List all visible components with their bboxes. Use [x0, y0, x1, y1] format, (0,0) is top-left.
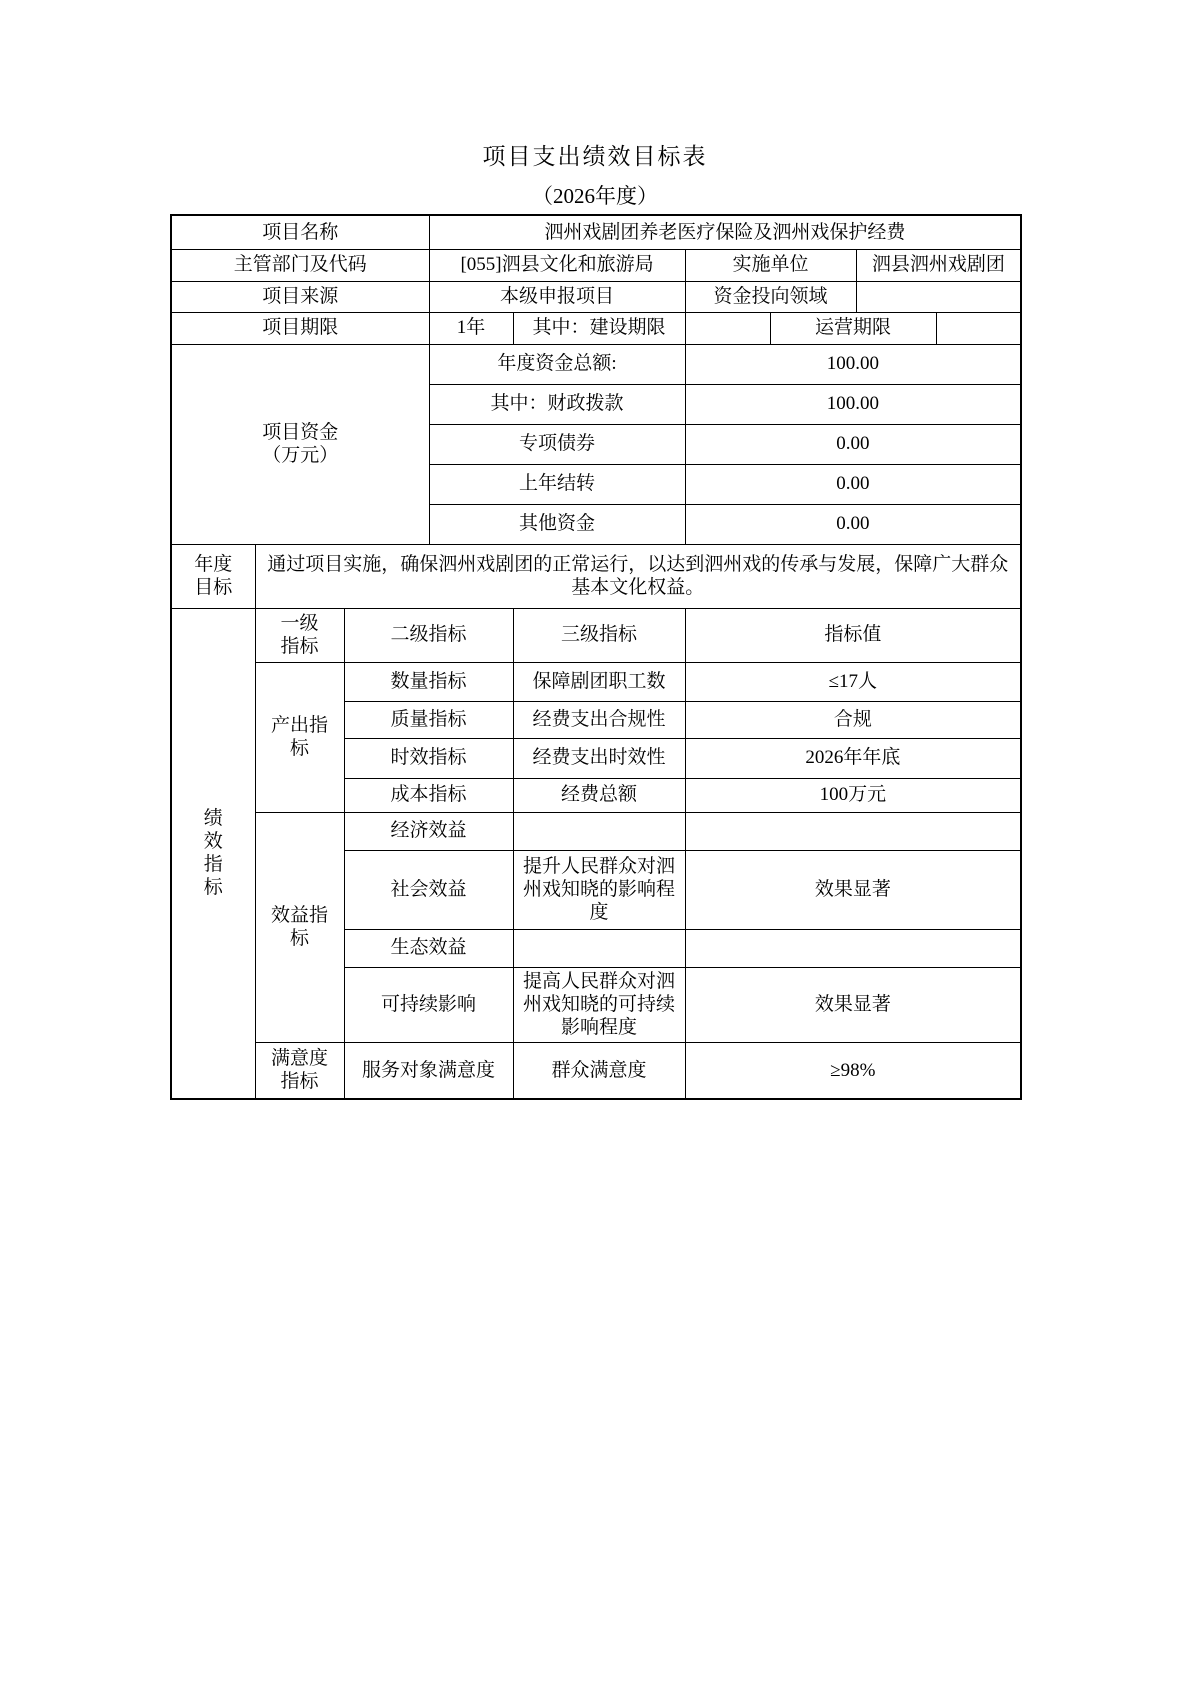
table-row: 绩 效 指 标 一级 指标 二级指标 三级指标 指标值 [171, 608, 1021, 662]
indicator-l2: 可持续影响 [344, 967, 513, 1042]
project-name-value: 泗州戏剧团养老医疗保险及泗州戏保护经费 [429, 215, 1021, 249]
table-row: 满意度 指标 服务对象满意度 群众满意度 ≥98% [171, 1042, 1021, 1099]
indicator-l2: 社会效益 [344, 850, 513, 929]
indicator-value: 效果显著 [685, 850, 1021, 929]
operate-period-label: 运营期限 [770, 312, 936, 344]
project-name-label: 项目名称 [171, 215, 429, 249]
indicator-l3 [513, 929, 685, 967]
header-l3: 三级指标 [513, 608, 685, 662]
impl-unit-value: 泗县泗州戏剧团 [856, 249, 1021, 281]
indicator-value [685, 929, 1021, 967]
funding-row-value: 0.00 [685, 504, 1021, 544]
funding-row-label: 其中：财政拨款 [429, 384, 685, 424]
indicator-l3: 经费支出合规性 [513, 701, 685, 738]
funding-row-label: 年度资金总额: [429, 344, 685, 384]
indicator-l2: 质量指标 [344, 701, 513, 738]
funding-row-value: 100.00 [685, 344, 1021, 384]
indicator-value: ≤17人 [685, 662, 1021, 701]
indicator-l3: 经费总额 [513, 778, 685, 812]
invest-field-label: 资金投向领域 [685, 281, 856, 312]
table-row: 项目来源 本级申报项目 资金投向领域 [171, 281, 1021, 312]
header-l2: 二级指标 [344, 608, 513, 662]
table-row: 项目期限 1年 其中：建设期限 运营期限 [171, 312, 1021, 344]
table-row: 年度 目标 通过项目实施，确保泗州戏剧团的正常运行，以达到泗州戏的传承与发展，保… [171, 544, 1021, 608]
invest-field-value [856, 281, 1021, 312]
table-row: 项目名称 泗州戏剧团养老医疗保险及泗州戏保护经费 [171, 215, 1021, 249]
funding-row-value: 0.00 [685, 424, 1021, 464]
header-value: 指标值 [685, 608, 1021, 662]
group-name-benefit: 效益指 标 [255, 812, 344, 1042]
indicator-l2: 成本指标 [344, 778, 513, 812]
indicator-l3 [513, 812, 685, 850]
indicator-value: ≥98% [685, 1042, 1021, 1099]
table-row: 效益指 标 经济效益 [171, 812, 1021, 850]
table-row: 主管部门及代码 [055]泗县文化和旅游局 实施单位 泗县泗州戏剧团 [171, 249, 1021, 281]
funding-row-label: 专项债券 [429, 424, 685, 464]
dept-value: [055]泗县文化和旅游局 [429, 249, 685, 281]
group-name-satisfaction: 满意度 指标 [255, 1042, 344, 1099]
indicator-l3: 经费支出时效性 [513, 738, 685, 778]
period-value: 1年 [429, 312, 513, 344]
build-period-value [685, 312, 770, 344]
indicator-l2: 生态效益 [344, 929, 513, 967]
funding-label: 项目资金 （万元） [171, 344, 429, 544]
table-row: 产出指 标 数量指标 保障剧团职工数 ≤17人 [171, 662, 1021, 701]
indicator-value: 100万元 [685, 778, 1021, 812]
period-label: 项目期限 [171, 312, 429, 344]
indicator-l2: 时效指标 [344, 738, 513, 778]
page-title: 项目支出绩效目标表 [0, 138, 1190, 171]
funding-row-value: 0.00 [685, 464, 1021, 504]
indicator-l2: 服务对象满意度 [344, 1042, 513, 1099]
funding-row-label: 上年结转 [429, 464, 685, 504]
performance-label: 绩 效 指 标 [171, 608, 255, 1099]
indicator-l2: 经济效益 [344, 812, 513, 850]
dept-label: 主管部门及代码 [171, 249, 429, 281]
indicator-value: 效果显著 [685, 967, 1021, 1042]
source-label: 项目来源 [171, 281, 429, 312]
operate-period-value [936, 312, 1021, 344]
build-period-label: 其中：建设期限 [513, 312, 685, 344]
annual-goal-label: 年度 目标 [171, 544, 255, 608]
header-l1: 一级 指标 [255, 608, 344, 662]
funding-row-label: 其他资金 [429, 504, 685, 544]
indicator-l3: 保障剧团职工数 [513, 662, 685, 701]
indicator-value [685, 812, 1021, 850]
indicator-l3: 群众满意度 [513, 1042, 685, 1099]
indicator-l2: 数量指标 [344, 662, 513, 701]
indicator-l3: 提高人民群众对泗州戏知晓的可持续影响程度 [513, 967, 685, 1042]
impl-unit-label: 实施单位 [685, 249, 856, 281]
group-name-output: 产出指 标 [255, 662, 344, 812]
source-value: 本级申报项目 [429, 281, 685, 312]
indicator-l3: 提升人民群众对泗州戏知晓的影响程度 [513, 850, 685, 929]
performance-target-table: 项目名称 泗州戏剧团养老医疗保险及泗州戏保护经费 主管部门及代码 [055]泗县… [170, 214, 1022, 1100]
document-page: 项目支出绩效目标表 （2026年度） 项目名称 泗州戏剧团养老医疗保险及泗州戏保… [0, 0, 1190, 1684]
table-row: 项目资金 （万元） 年度资金总额: 100.00 [171, 344, 1021, 384]
indicator-value: 合规 [685, 701, 1021, 738]
indicator-value: 2026年年底 [685, 738, 1021, 778]
annual-goal-text: 通过项目实施，确保泗州戏剧团的正常运行，以达到泗州戏的传承与发展，保障广大群众基… [255, 544, 1021, 608]
page-subtitle: （2026年度） [0, 180, 1190, 210]
funding-row-value: 100.00 [685, 384, 1021, 424]
